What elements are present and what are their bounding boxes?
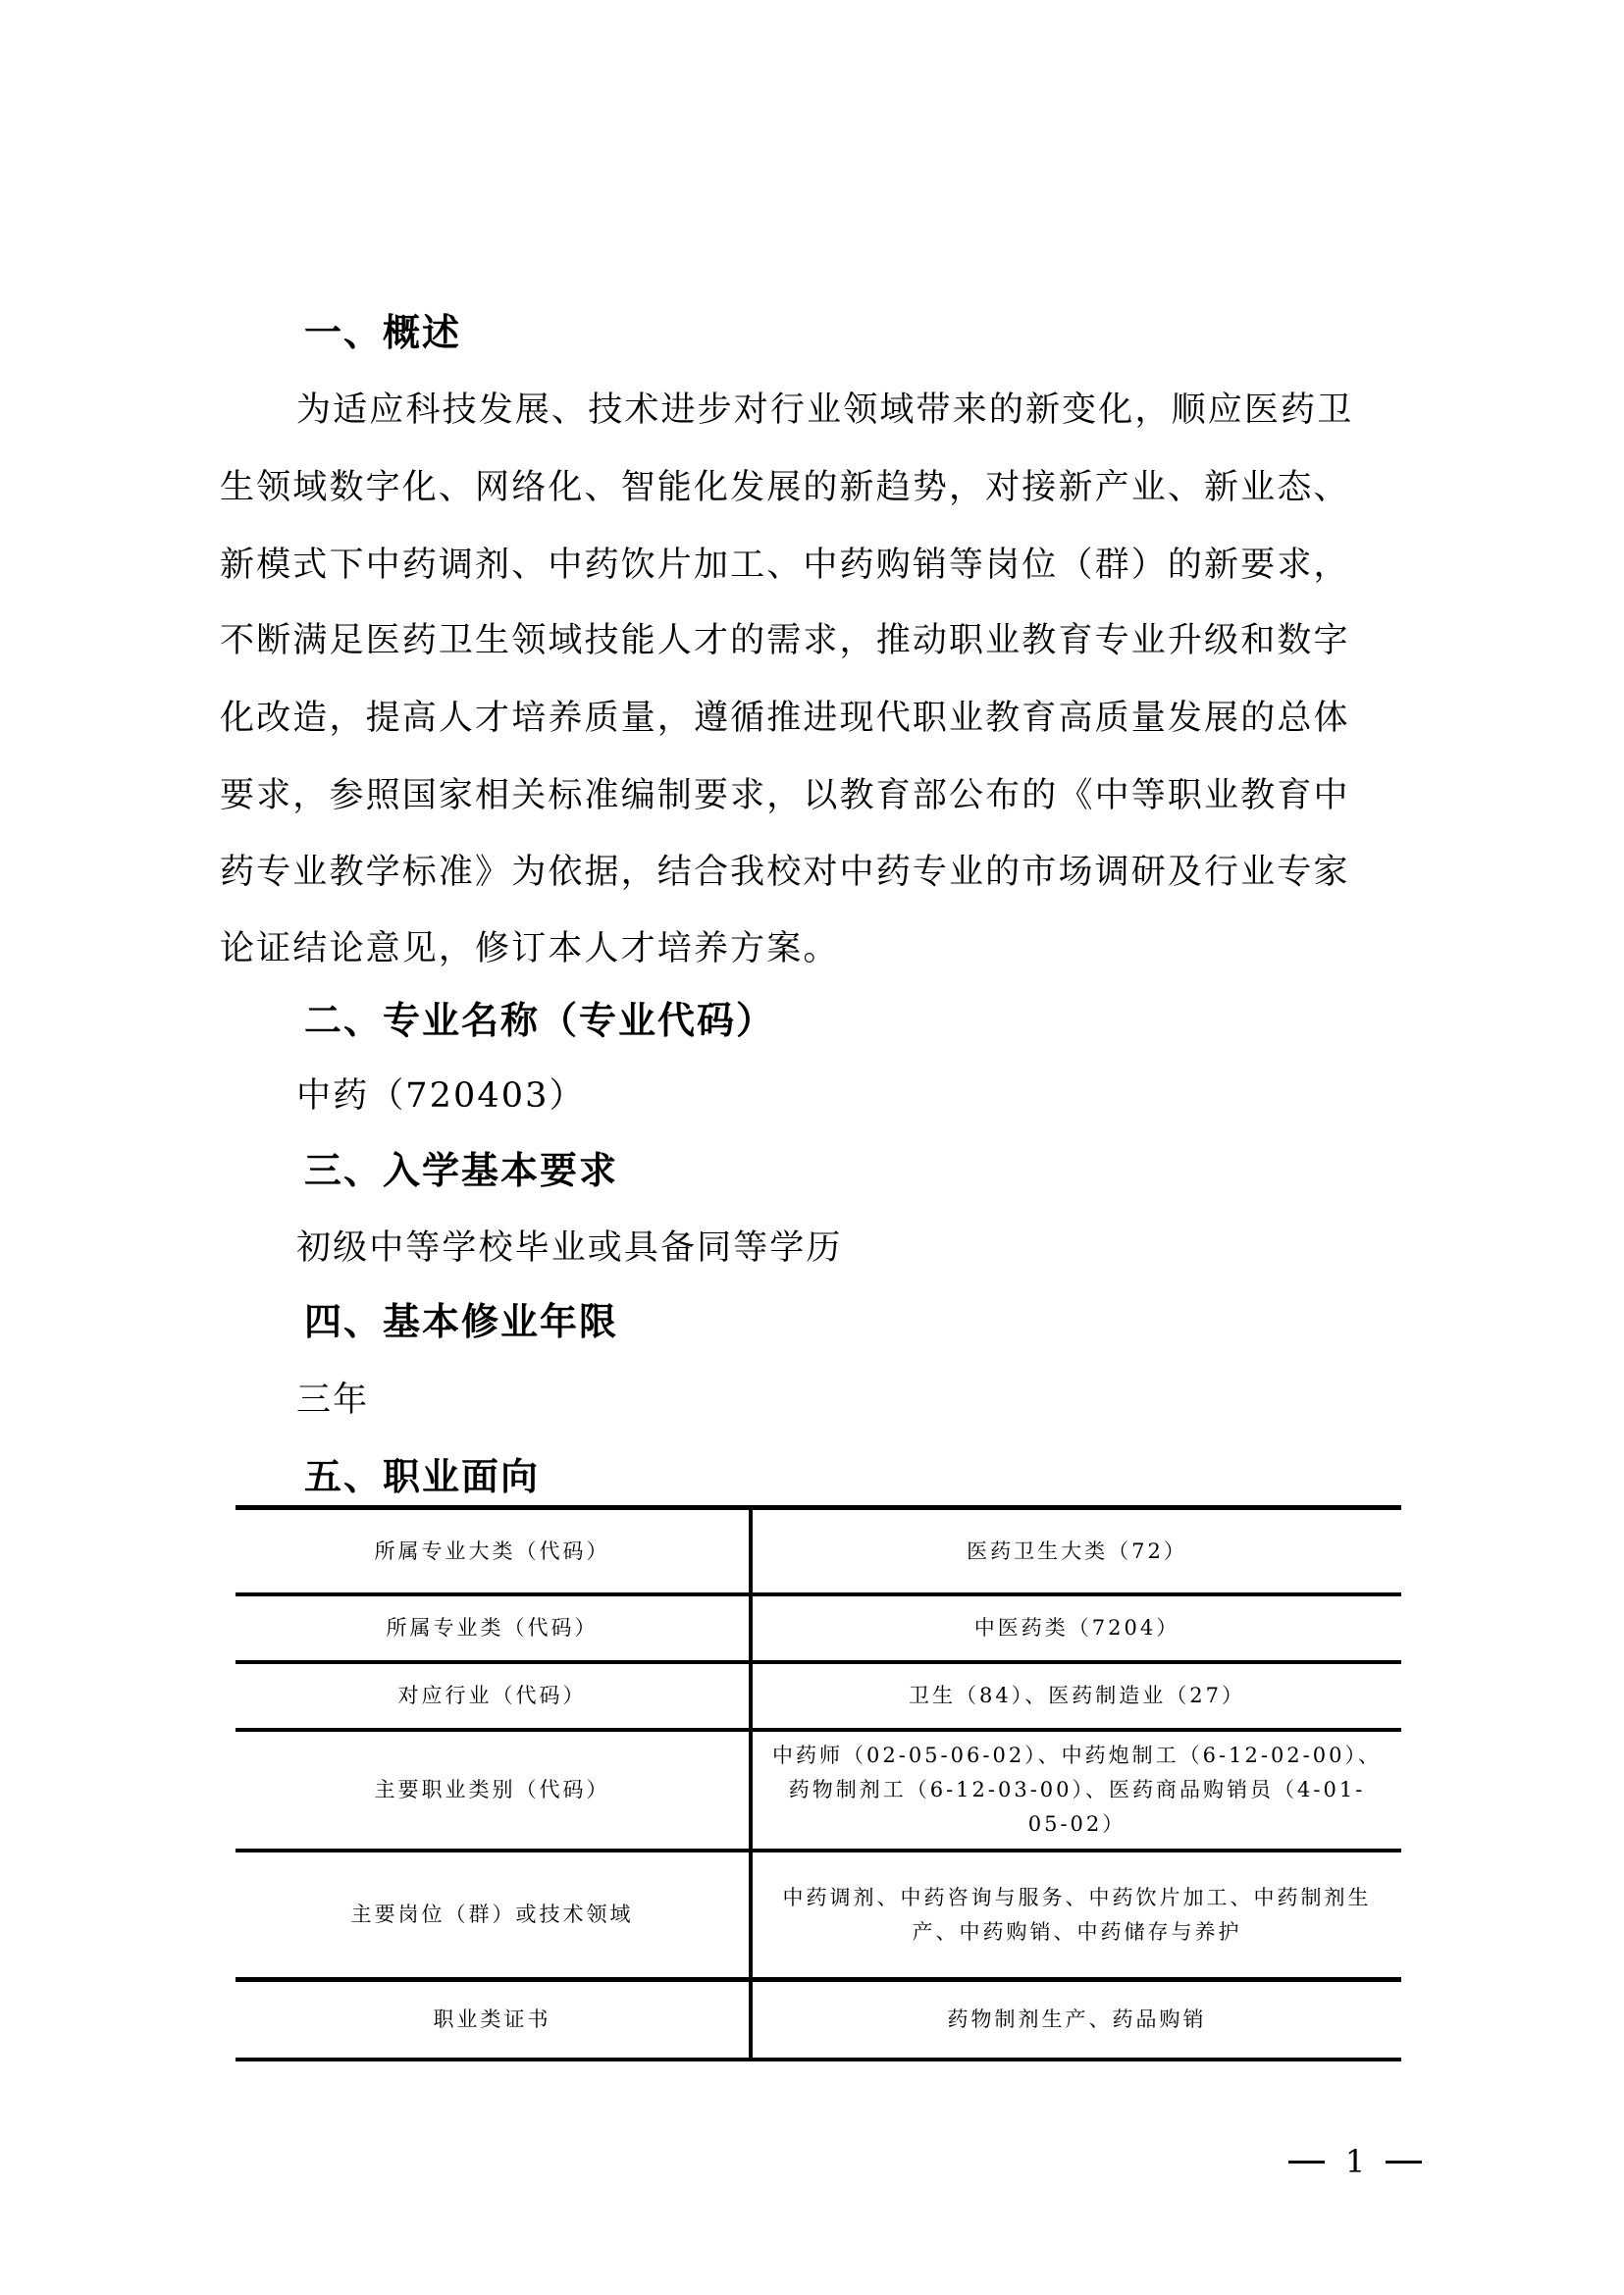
table-row-label: 主要职业类别（代码） [236, 1732, 749, 1849]
value-line: 中药师（02-05-06-02）、中药炮制工（6-12-02-00）、 [772, 1739, 1382, 1773]
section-heading-overview: 一、概述 [304, 307, 461, 358]
table-row-label: 主要岗位（群）或技术领域 [236, 1852, 749, 1977]
table-row-label: 对应行业（代码） [236, 1664, 749, 1728]
value-line: 产、中药购销、中药储存与养护 [913, 1915, 1242, 1950]
dash-left [1288, 2161, 1325, 2164]
section-heading-duration: 四、基本修业年限 [304, 1296, 618, 1347]
paragraph-line: 生领域数字化、网络化、智能化发展的新趋势，对接新产业、新业态、 [220, 463, 1427, 512]
value-line: 中药调剂、中药咨询与服务、中药饮片加工、中药制剂生 [783, 1881, 1372, 1915]
section-heading-admission: 三、入学基本要求 [304, 1145, 618, 1196]
duration-value: 三年 [296, 1376, 369, 1425]
page-number-value: 1 [1345, 2142, 1365, 2181]
table-row-value: 药物制剂生产、药品购销 [753, 1982, 1401, 2058]
paragraph-line: 新模式下中药调剂、中药饮片加工、中药购销等岗位（群）的新要求， [220, 541, 1427, 590]
admission-requirement-value: 初级中等学校毕业或具备同等学历 [296, 1224, 843, 1273]
paragraph-line: 要求，参照国家相关标准编制要求，以教育部公布的《中等职业教育中 [220, 771, 1427, 820]
section-heading-career-orientation: 五、职业面向 [304, 1451, 540, 1502]
table-rule-bottom [236, 2058, 1401, 2061]
paragraph-line: 论证结论意见，修订本人才培养方案。 [220, 924, 1427, 973]
table-row-label: 职业类证书 [236, 1982, 749, 2058]
paragraph-line: 为适应科技发展、技术进步对行业领域带来的新变化，顺应医药卫 [296, 386, 1503, 435]
document-page: 一、概述 为适应科技发展、技术进步对行业领域带来的新变化，顺应医药卫 生领域数字… [0, 0, 1624, 2295]
value-line: 05-02） [1028, 1807, 1126, 1842]
value-line: 药物制剂工（6-12-03-00）、医药商品购销员（4-01- [789, 1773, 1366, 1807]
table-row-label: 所属专业类（代码） [236, 1596, 749, 1660]
major-name-value: 中药（720403） [296, 1071, 586, 1121]
paragraph-line: 化改造，提高人才培养质量，遵循推进现代职业教育高质量发展的总体 [220, 694, 1427, 743]
table-row-value: 中药师（02-05-06-02）、中药炮制工（6-12-02-00）、 药物制剂… [753, 1732, 1401, 1849]
table-row-value: 医药卫生大类（72） [753, 1510, 1401, 1592]
table-row-value: 中医药类（7204） [753, 1596, 1401, 1660]
paragraph-line: 不断满足医药卫生领域技能人才的需求，推动职业教育专业升级和数字 [220, 616, 1427, 665]
table-row-label: 所属专业大类（代码） [236, 1510, 749, 1592]
page-number: 1 [1288, 2142, 1422, 2181]
table-row-value: 中药调剂、中药咨询与服务、中药饮片加工、中药制剂生 产、中药购销、中药储存与养护 [753, 1852, 1401, 1977]
dash-right [1386, 2161, 1422, 2164]
table-row-value: 卫生（84）、医药制造业（27） [753, 1664, 1401, 1728]
paragraph-line: 药专业教学标准》为依据，结合我校对中药专业的市场调研及行业专家 [220, 848, 1427, 897]
section-heading-major-name: 二、专业名称（专业代码） [304, 995, 775, 1046]
